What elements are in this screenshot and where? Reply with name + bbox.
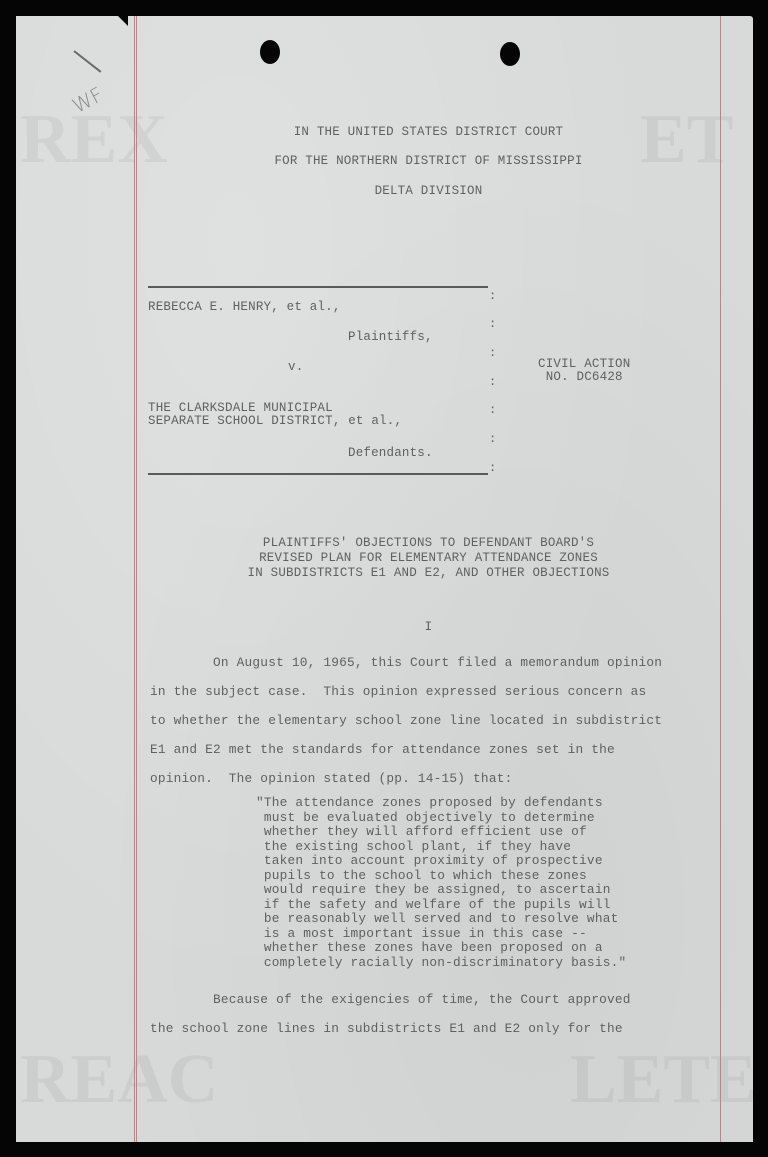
defendant-name: THE CLARKSDALE MUNICIPAL SEPARATE SCHOOL… xyxy=(148,402,402,428)
case-number: CIVIL ACTION NO. DC6428 xyxy=(538,358,630,384)
paragraph: Because of the exigencies of time, the C… xyxy=(150,985,631,1043)
punch-hole xyxy=(500,42,520,66)
left-margin-line xyxy=(134,16,135,1142)
plaintiff-name: REBECCA E. HENRY, et al., xyxy=(148,300,341,314)
caption-colon: : xyxy=(489,461,496,475)
bleed-through-text: REAC xyxy=(20,1040,218,1120)
punch-hole xyxy=(260,40,280,64)
court-division: DELTA DIVISION xyxy=(137,184,720,198)
torn-corner xyxy=(118,16,128,26)
plaintiffs-label: Plaintiffs, xyxy=(348,330,433,344)
versus: v. xyxy=(288,360,303,374)
caption-colon: : xyxy=(489,346,496,360)
defendants-label: Defendants. xyxy=(348,446,433,460)
court-district: FOR THE NORTHERN DISTRICT OF MISSISSIPPI xyxy=(137,154,720,168)
paragraph: On August 10, 1965, this Court filed a m… xyxy=(150,648,662,793)
caption-colon: : xyxy=(489,375,496,389)
caption-rule-bottom xyxy=(148,473,488,475)
caption-colon: : xyxy=(489,403,496,417)
court-name: IN THE UNITED STATES DISTRICT COURT xyxy=(137,125,720,139)
block-quote: "The attendance zones proposed by defend… xyxy=(256,796,626,970)
right-margin-line xyxy=(720,16,721,1142)
document-title: PLAINTIFFS' OBJECTIONS TO DEFENDANT BOAR… xyxy=(137,536,720,581)
caption-colon: : xyxy=(489,289,496,303)
caption-colon: : xyxy=(489,432,496,446)
bleed-through-text: LETE xyxy=(570,1040,757,1120)
caption-colon: : xyxy=(489,317,496,331)
caption-rule-top xyxy=(148,286,488,288)
section-number: I xyxy=(137,620,720,634)
bleed-through-text: REX xyxy=(20,100,168,180)
